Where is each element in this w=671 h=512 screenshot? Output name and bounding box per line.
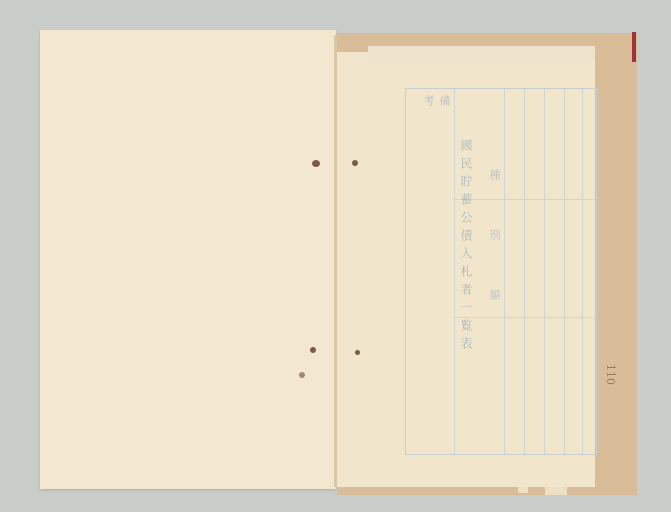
faint-table: 考 備 國民貯蓄公債入札者一覧表 種 別 額 <box>405 88 597 455</box>
column-label: 種 <box>486 169 502 184</box>
binding-hole <box>312 160 320 167</box>
paper-tab <box>518 487 528 493</box>
left-page <box>40 30 336 489</box>
column-label: 別 <box>486 229 502 244</box>
binding-hole <box>299 372 305 378</box>
header-label: 備 <box>436 95 452 110</box>
document-title: 國民貯蓄公債入札者一覧表 <box>458 139 475 355</box>
column-label: 額 <box>486 289 502 304</box>
binding-hole <box>310 347 316 353</box>
paper-tab <box>545 487 567 495</box>
header-label: 考 <box>420 95 436 110</box>
binding-hole <box>352 160 358 166</box>
binding-hole <box>355 350 360 355</box>
page-number: 110 <box>604 364 617 385</box>
red-binding-edge <box>632 32 636 62</box>
inserted-sheet-edge <box>368 46 595 60</box>
